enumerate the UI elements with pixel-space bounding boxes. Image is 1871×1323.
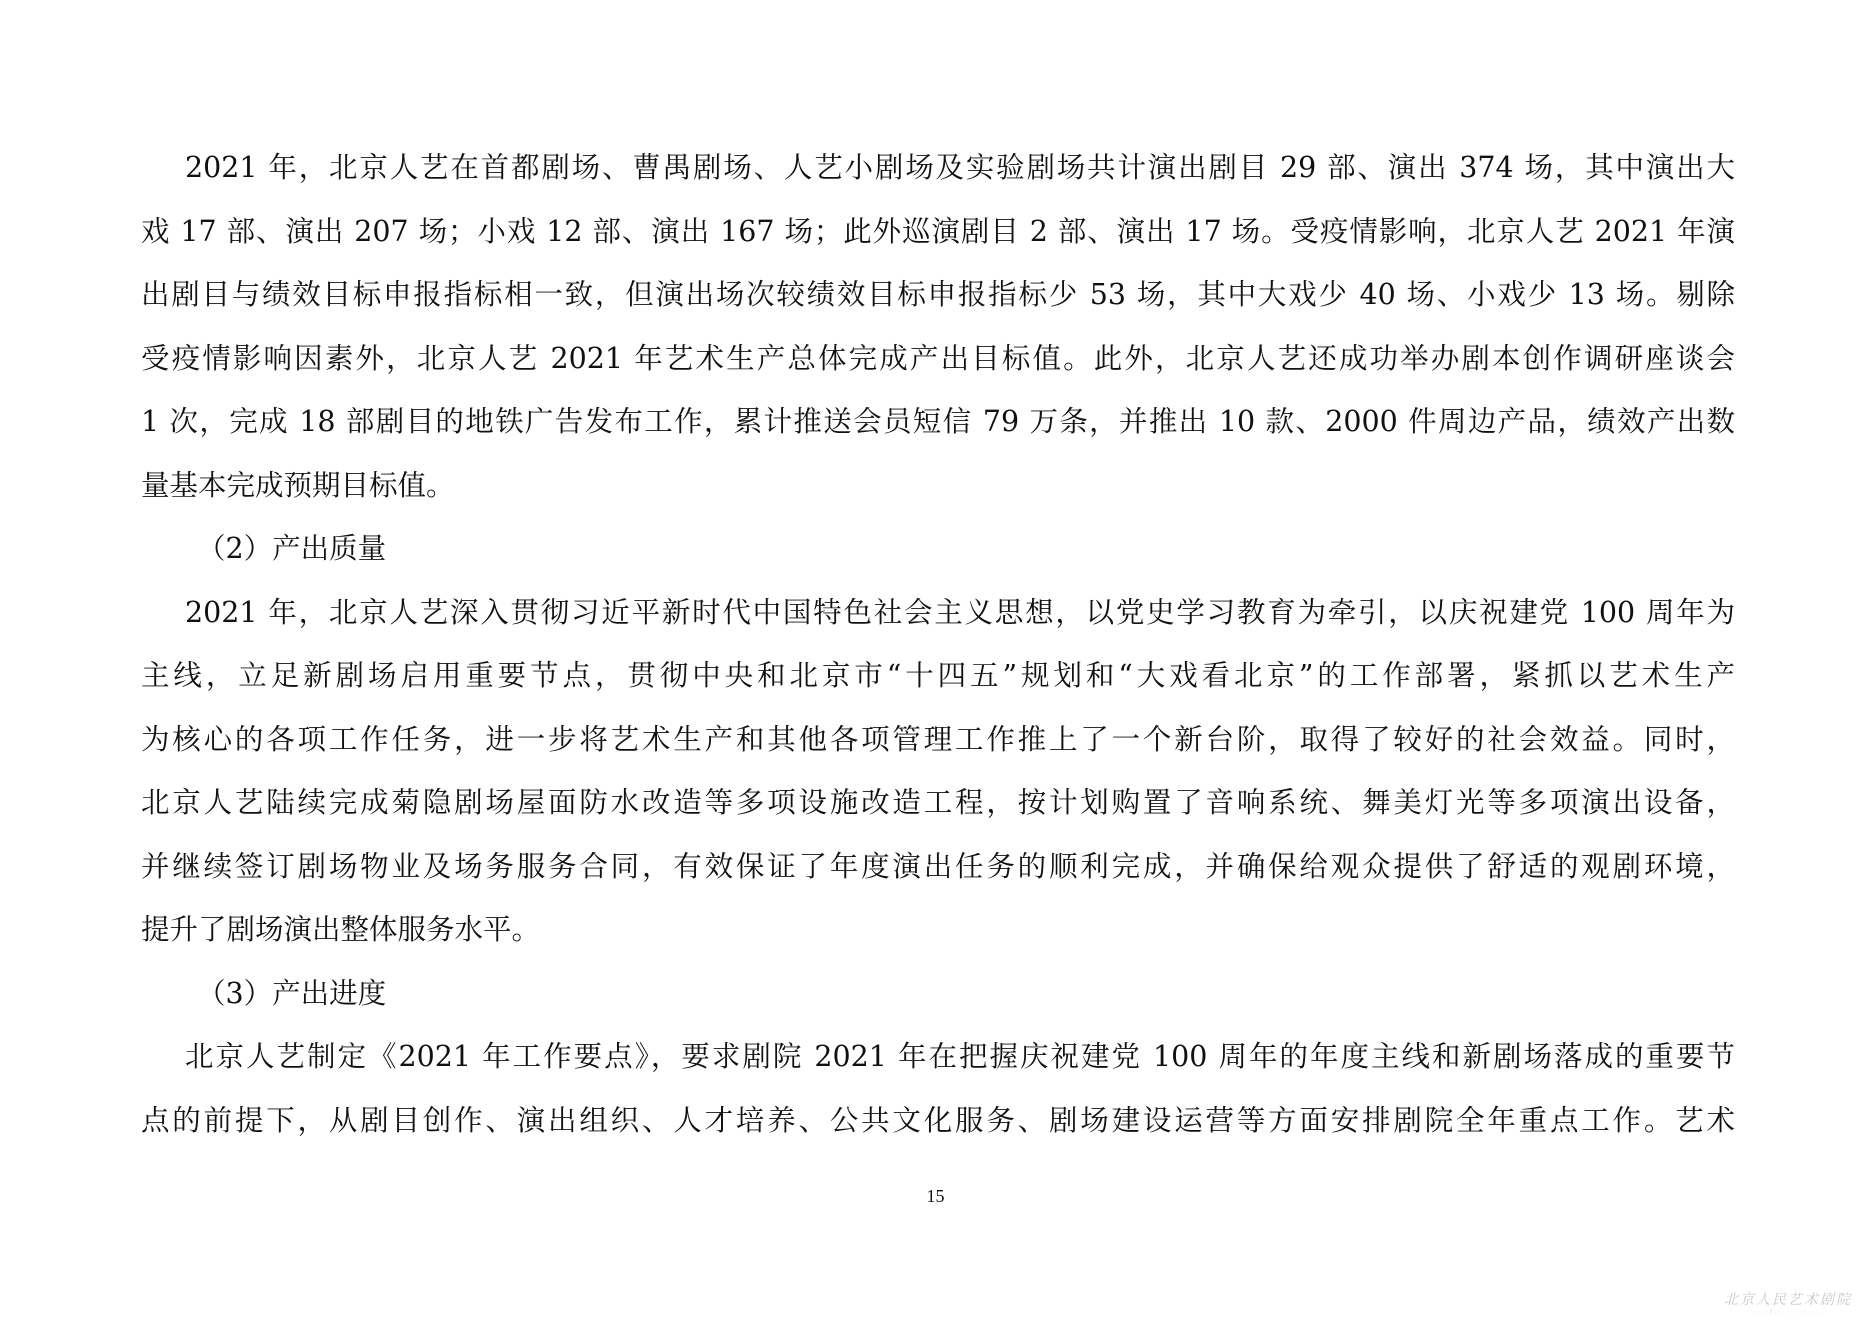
- paragraph-line: 2021 年，北京人艺深入贯彻习近平新时代中国特色社会主义思想，以党史学习教育为…: [141, 581, 1735, 645]
- paragraph-line: 为核心的各项工作任务，进一步将艺术生产和其他各项管理工作推上了一个新台阶，取得了…: [141, 708, 1735, 772]
- section-heading-output-progress: （3）产出进度: [141, 962, 1735, 1026]
- paragraph-line: 北京人艺制定《2021 年工作要点》，要求剧院 2021 年在把握庆祝建党 10…: [141, 1025, 1735, 1089]
- paragraph-line: 并继续签订剧场物业及场务服务合同，有效保证了年度演出任务的顺利完成，并确保给观众…: [141, 835, 1735, 899]
- paragraph-line: 1 次，完成 18 部剧目的地铁广告发布工作，累计推送会员短信 79 万条，并推…: [141, 390, 1735, 454]
- paragraph-line: 量基本完成预期目标值。: [141, 454, 1735, 518]
- paragraph-line: 主线，立足新剧场启用重要节点，贯彻中央和北京市“十四五”规划和“大戏看北京”的工…: [141, 644, 1735, 708]
- paragraph-line: 北京人艺陆续完成菊隐剧场屋面防水改造等多项设施改造工程，按计划购置了音响系统、舞…: [141, 771, 1735, 835]
- watermark-subtitle: · · · · / · · · · · · · · · · · ·: [1723, 1308, 1853, 1317]
- paragraph-line: 出剧目与绩效目标申报指标相一致，但演出场次较绩效目标申报指标少 53 场，其中大…: [141, 263, 1735, 327]
- watermark-title: 北京人民艺术剧院: [1723, 1292, 1853, 1308]
- paragraph-line: 受疫情影响因素外，北京人艺 2021 年艺术生产总体完成产出目标值。此外，北京人…: [141, 327, 1735, 391]
- document-body: 2021 年，北京人艺在首都剧场、曹禺剧场、人艺小剧场及实验剧场共计演出剧目 2…: [141, 136, 1735, 1152]
- watermark-logo: 北京人民艺术剧院 · · · · / · · · · · · · · · · ·…: [1723, 1292, 1853, 1317]
- paragraph-line: 戏 17 部、演出 207 场；小戏 12 部、演出 167 场；此外巡演剧目 …: [141, 200, 1735, 264]
- paragraph-line: 2021 年，北京人艺在首都剧场、曹禺剧场、人艺小剧场及实验剧场共计演出剧目 2…: [141, 136, 1735, 200]
- section-heading-output-quality: （2）产出质量: [141, 517, 1735, 581]
- document-page: 2021 年，北京人艺在首都剧场、曹禺剧场、人艺小剧场及实验剧场共计演出剧目 2…: [0, 0, 1871, 1323]
- paragraph-line: 点的前提下，从剧目创作、演出组织、人才培养、公共文化服务、剧场建设运营等方面安排…: [141, 1089, 1735, 1153]
- paragraph-line: 提升了剧场演出整体服务水平。: [141, 898, 1735, 962]
- page-number: 15: [0, 1186, 1871, 1207]
